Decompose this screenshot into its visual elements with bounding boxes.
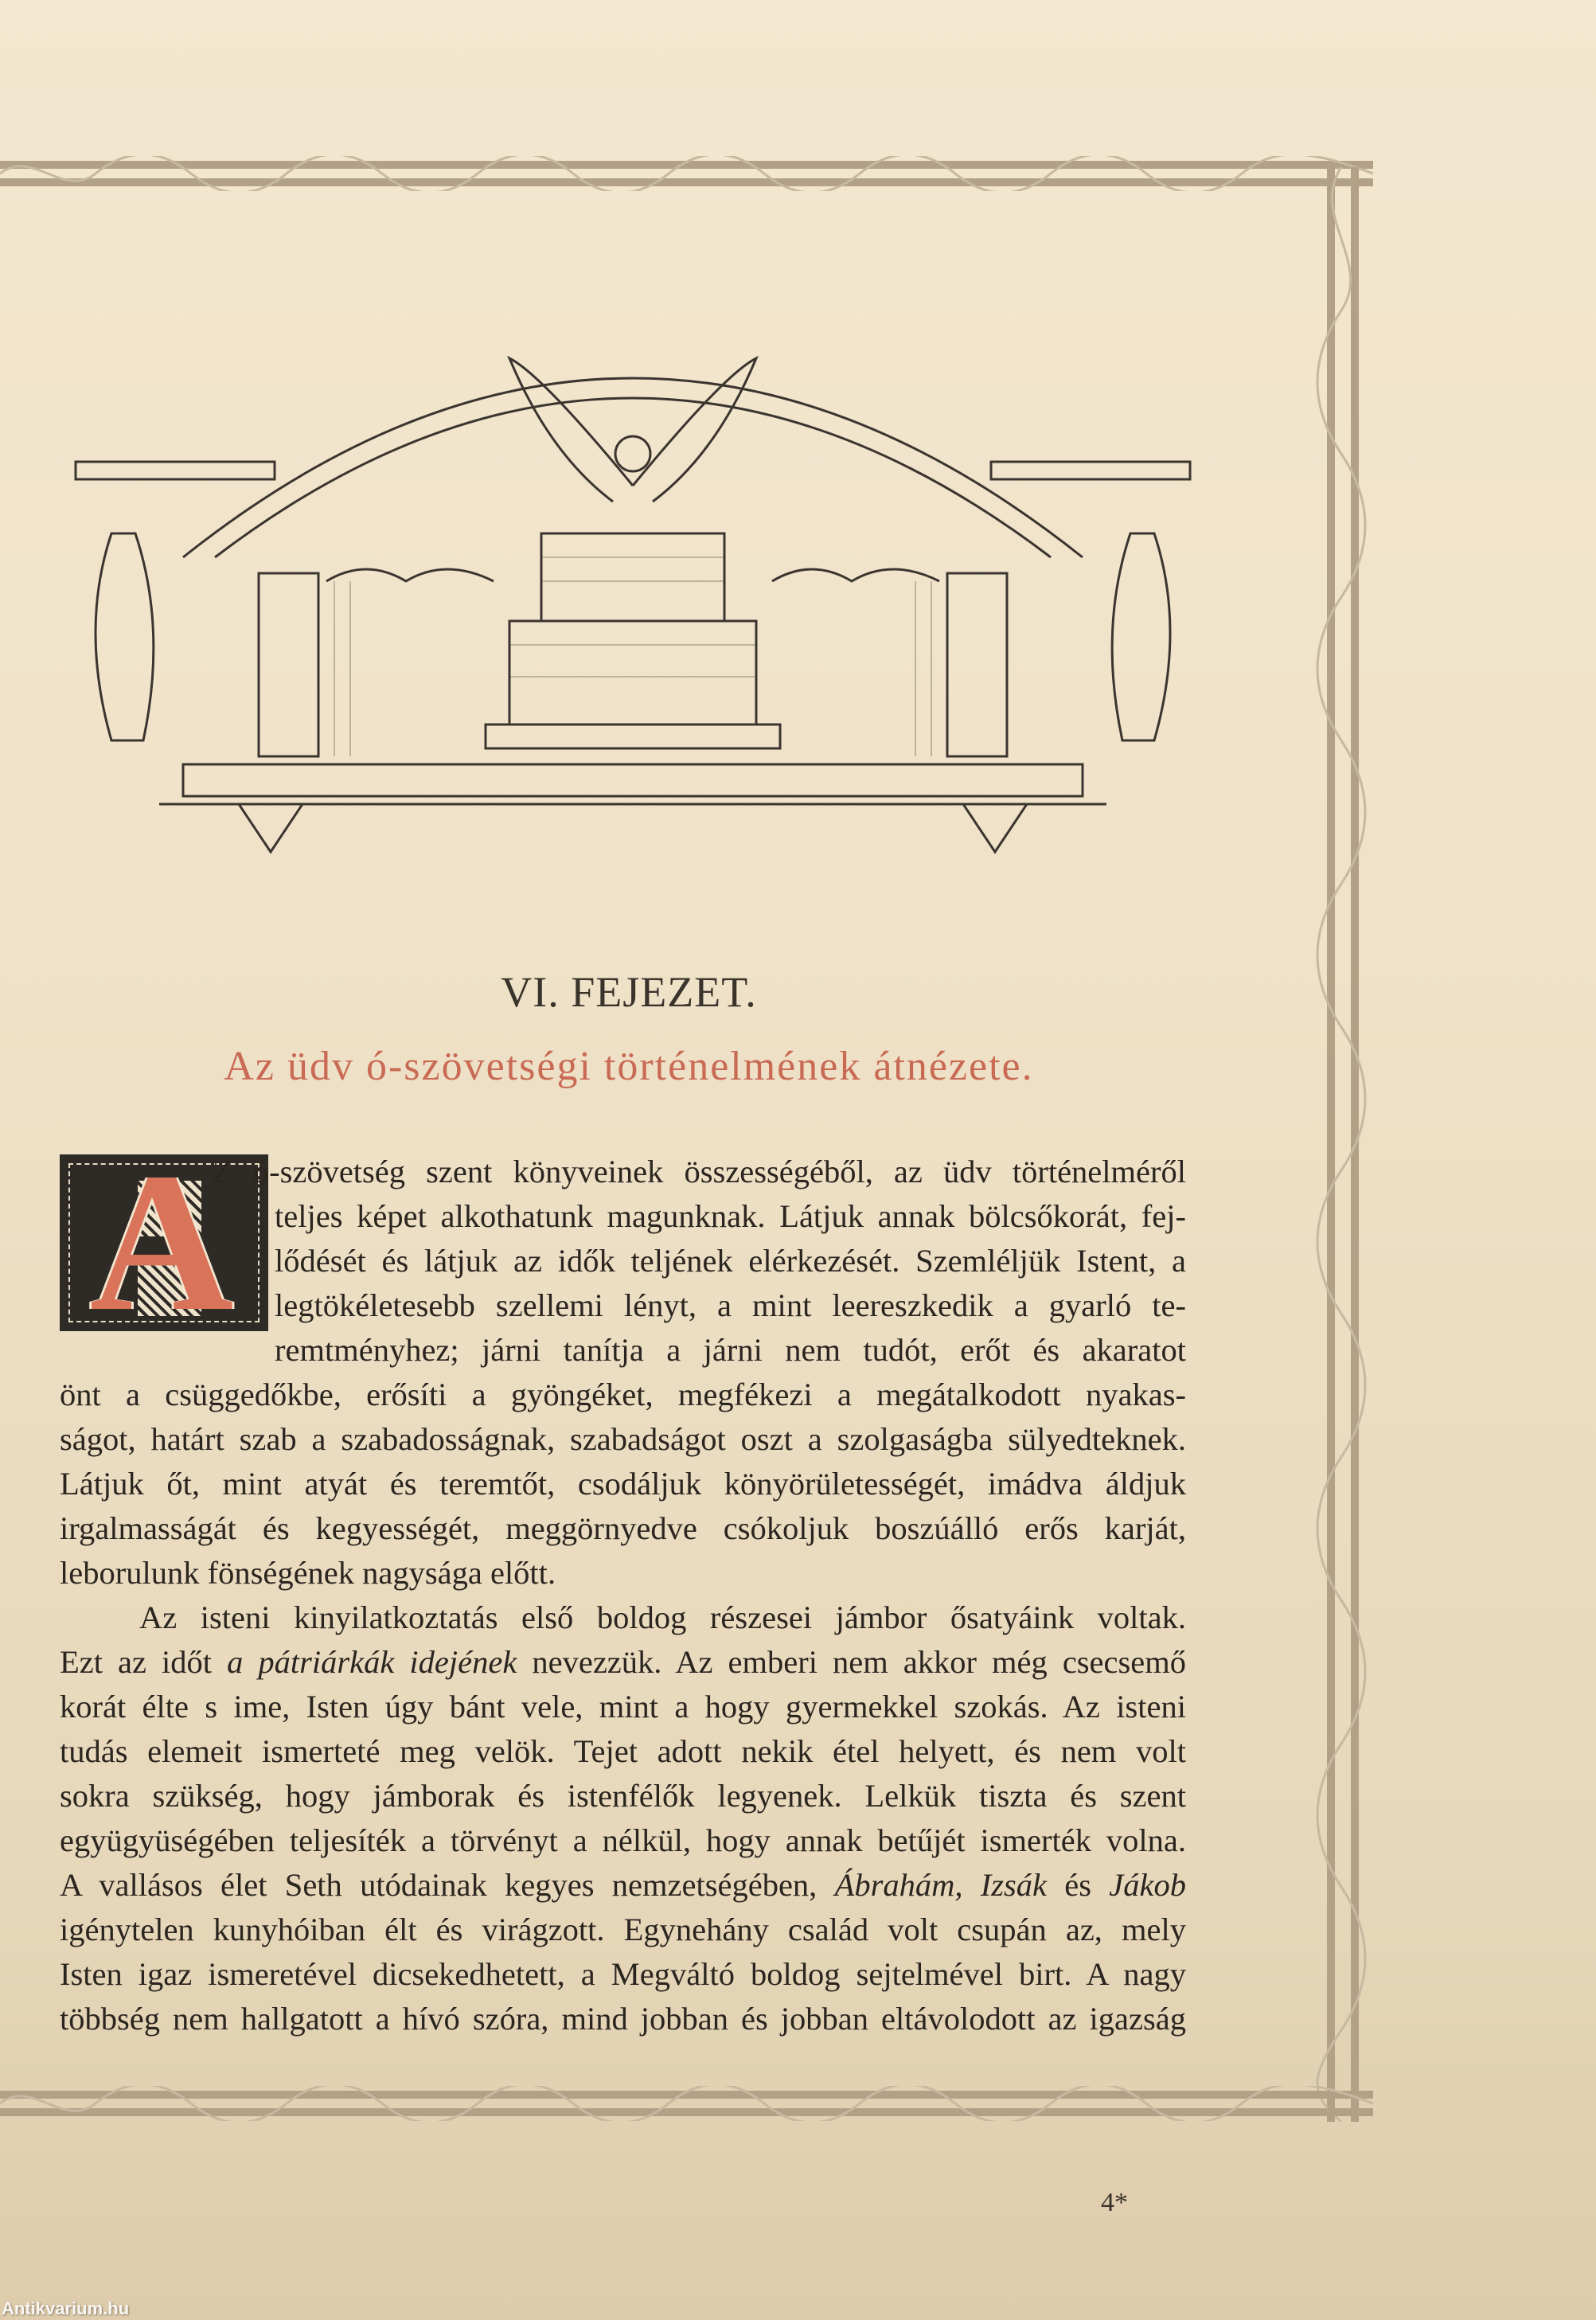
text-span: és [1047, 1867, 1109, 1903]
text-line: Isten igaz ismeretével dicsekedhetett, a… [60, 1952, 1186, 1997]
text-span: Ezt az időt [60, 1644, 227, 1680]
chapter-title: Az üdv ó-szövetségi történelmének átnéze… [0, 1043, 1258, 1090]
text-line: Látjuk őt, mint atyát és teremtőt, csodá… [60, 1462, 1186, 1506]
text-line: igénytelen kunyhóiban élt és virágzott. … [60, 1908, 1186, 1952]
text-line: A vallásos élet Seth utódainak kegyes ne… [60, 1863, 1186, 1908]
ark-covenant-engraving-icon [64, 295, 1202, 868]
text-line: remtményhez; járni tanítja a járni nem t… [275, 1328, 1186, 1373]
text-line: legtökéletesebb szellemi lényt, a mint l… [275, 1283, 1186, 1328]
text-span: A vallásos élet Seth utódainak kegyes ne… [60, 1867, 835, 1903]
text-line: korát élte s ime, Isten úgy bánt vele, m… [60, 1685, 1186, 1729]
emphasis-text: Ábrahám, Izsák [835, 1867, 1047, 1903]
text-line: irgalmasságát és kegyességét, meggörnyed… [60, 1506, 1186, 1551]
header-illustration [64, 295, 1202, 868]
vine-scroll-icon [0, 156, 1373, 191]
chapter-number: VI. FEJEZET. [0, 967, 1258, 1017]
vine-scroll-icon [0, 2086, 1373, 2121]
emphasis-text: a pátriárkák idejének [227, 1644, 517, 1680]
watermark: Antikvarium.hu [2, 2299, 129, 2319]
text-line: Az isteni kinyilatkoztatás első boldog r… [139, 1595, 1186, 1640]
text-line: lődését és látjuk az idők teljének elérk… [275, 1239, 1186, 1283]
bottom-border-ornament [0, 2086, 1373, 2121]
page-number: 4* [1101, 2188, 1128, 2218]
text-line: többség nem hallgatott a hívó szóra, min… [60, 1997, 1186, 2041]
text-line: leborulunk fönségének nagysága előtt. [60, 1551, 1186, 1595]
right-border-ornament [1309, 167, 1373, 2122]
text-line: együgyüségében teljesíték a törvényt a n… [60, 1818, 1186, 1863]
text-line: ságot, határt szab a szabadosságnak, sza… [60, 1417, 1186, 1462]
text-line: teljes képet alkothatunk magunknak. Látj… [275, 1194, 1186, 1239]
text-line: sokra szükség, hogy jámborak és istenfél… [60, 1774, 1186, 1818]
vine-scroll-icon [1309, 167, 1373, 2122]
text-span: nevezzük. Az emberi nem akkor még csecse… [517, 1644, 1186, 1680]
text-line: önt a csüggedőkbe, erősíti a gyöngéket, … [60, 1373, 1186, 1417]
text-line: Z ó-szövetség szent könyveinek összesség… [213, 1150, 1186, 1194]
text-line: Ezt az időt a pátriárkák idejének nevezz… [60, 1640, 1186, 1685]
top-border-ornament [0, 156, 1373, 191]
text-line: tudás elemeit ismerteté meg velök. Tejet… [60, 1729, 1186, 1774]
emphasis-text: Jákob [1109, 1867, 1186, 1903]
